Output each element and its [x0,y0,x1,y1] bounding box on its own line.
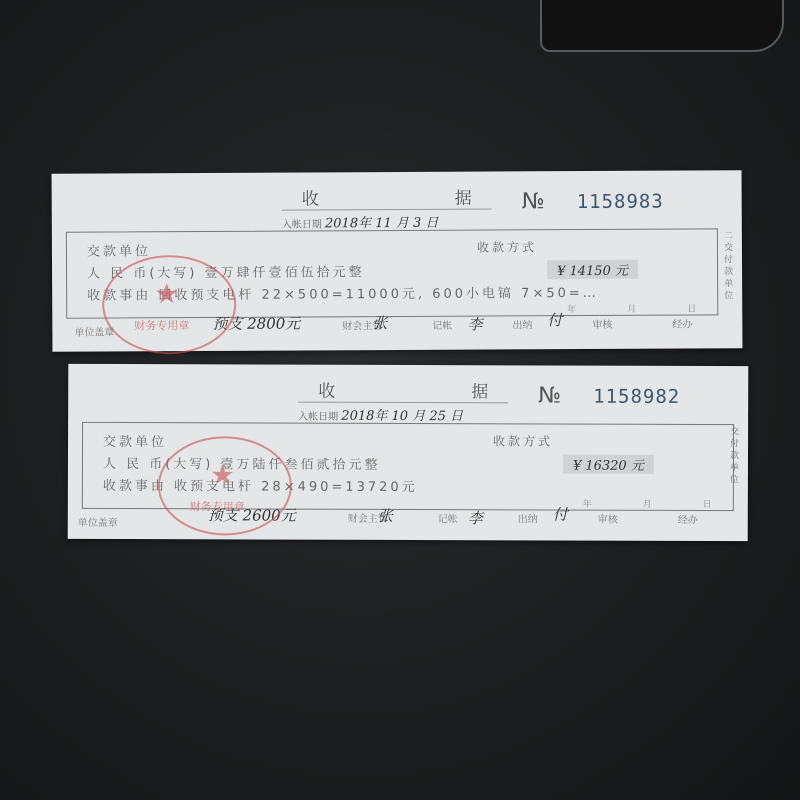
auditor-label: 审核 [592,316,612,331]
day-label: 日 [687,301,696,314]
date-label: 入帐日期 [282,219,322,230]
signature-cashier: 付 [547,309,562,330]
month-label: 月 [627,302,636,315]
signature-bookkeeper: 李 [468,507,483,528]
signature-bookkeeper: 李 [467,314,482,335]
cashier-label: 出纳 [512,316,532,331]
finance-stamp: ★ 财务专用章 [158,436,292,535]
receipt-title: 收 据 [298,377,508,404]
entry-date: 入帐日期 2018年 10 月 25 日 [298,405,463,425]
stamp-text: 财务专用章 [134,317,189,333]
title-char: 收 [318,377,335,402]
payment-method-label: 收款方式 [477,238,537,255]
side-copy-label: 交付款单位 [730,426,744,486]
receipt-number: 1158982 [593,386,680,408]
entry-date: 入帐日期 2018年 11 月 3 日 [282,212,439,232]
title-char: 收 [302,184,319,209]
unit-seal-label: 单位盖章 [78,514,118,529]
bookkeeper-label: 记帐 [432,317,452,332]
rmb-value: 壹万肆仟壹佰伍拾元整 [205,265,365,281]
cashier-label: 出纳 [518,510,538,525]
signature-manager: 张 [378,505,393,526]
month-label: 月 [643,497,652,510]
signature-manager: 张 [372,312,387,333]
amount-value: ¥ 16320 元 [563,455,654,474]
year-label: 年 [583,497,592,510]
star-icon: ★ [210,458,235,491]
finance-stamp: ★ 财务专用章 [102,255,237,355]
title-char: 据 [455,184,472,209]
signature-cashier: 付 [553,504,568,525]
payer-label: 交款单位 [87,240,151,259]
stamp-text: 财务专用章 [190,498,245,514]
auditor-label: 审核 [598,511,618,526]
amount-value: ¥ 14150 元 [547,260,638,279]
payment-method-label: 收款方式 [493,432,553,449]
payer-label: 交款单位 [103,431,167,450]
receipt-number: 1158983 [577,191,664,213]
number-symbol: № [538,383,561,408]
date-label: 入帐日期 [298,412,338,423]
receipt-title: 收 据 [282,184,492,211]
number-symbol: № [522,189,545,214]
side-copy-label: 二交付款单位 [724,230,738,302]
year-label: 年 [567,302,576,315]
handler-label: 经办 [672,315,692,330]
title-char: 据 [471,377,488,402]
wallet-object [540,0,784,52]
handler-label: 经办 [678,511,698,526]
day-label: 日 [703,497,712,510]
bookkeeper-label: 记帐 [438,510,458,525]
receipt-2: 收 据 入帐日期 2018年 10 月 25 日 № 1158982 交款单位 … [68,364,749,541]
receipt-1: 收 据 入帐日期 2018年 11 月 3 日 № 1158983 交款单位 收… [52,170,743,352]
star-icon: ★ [154,277,179,310]
